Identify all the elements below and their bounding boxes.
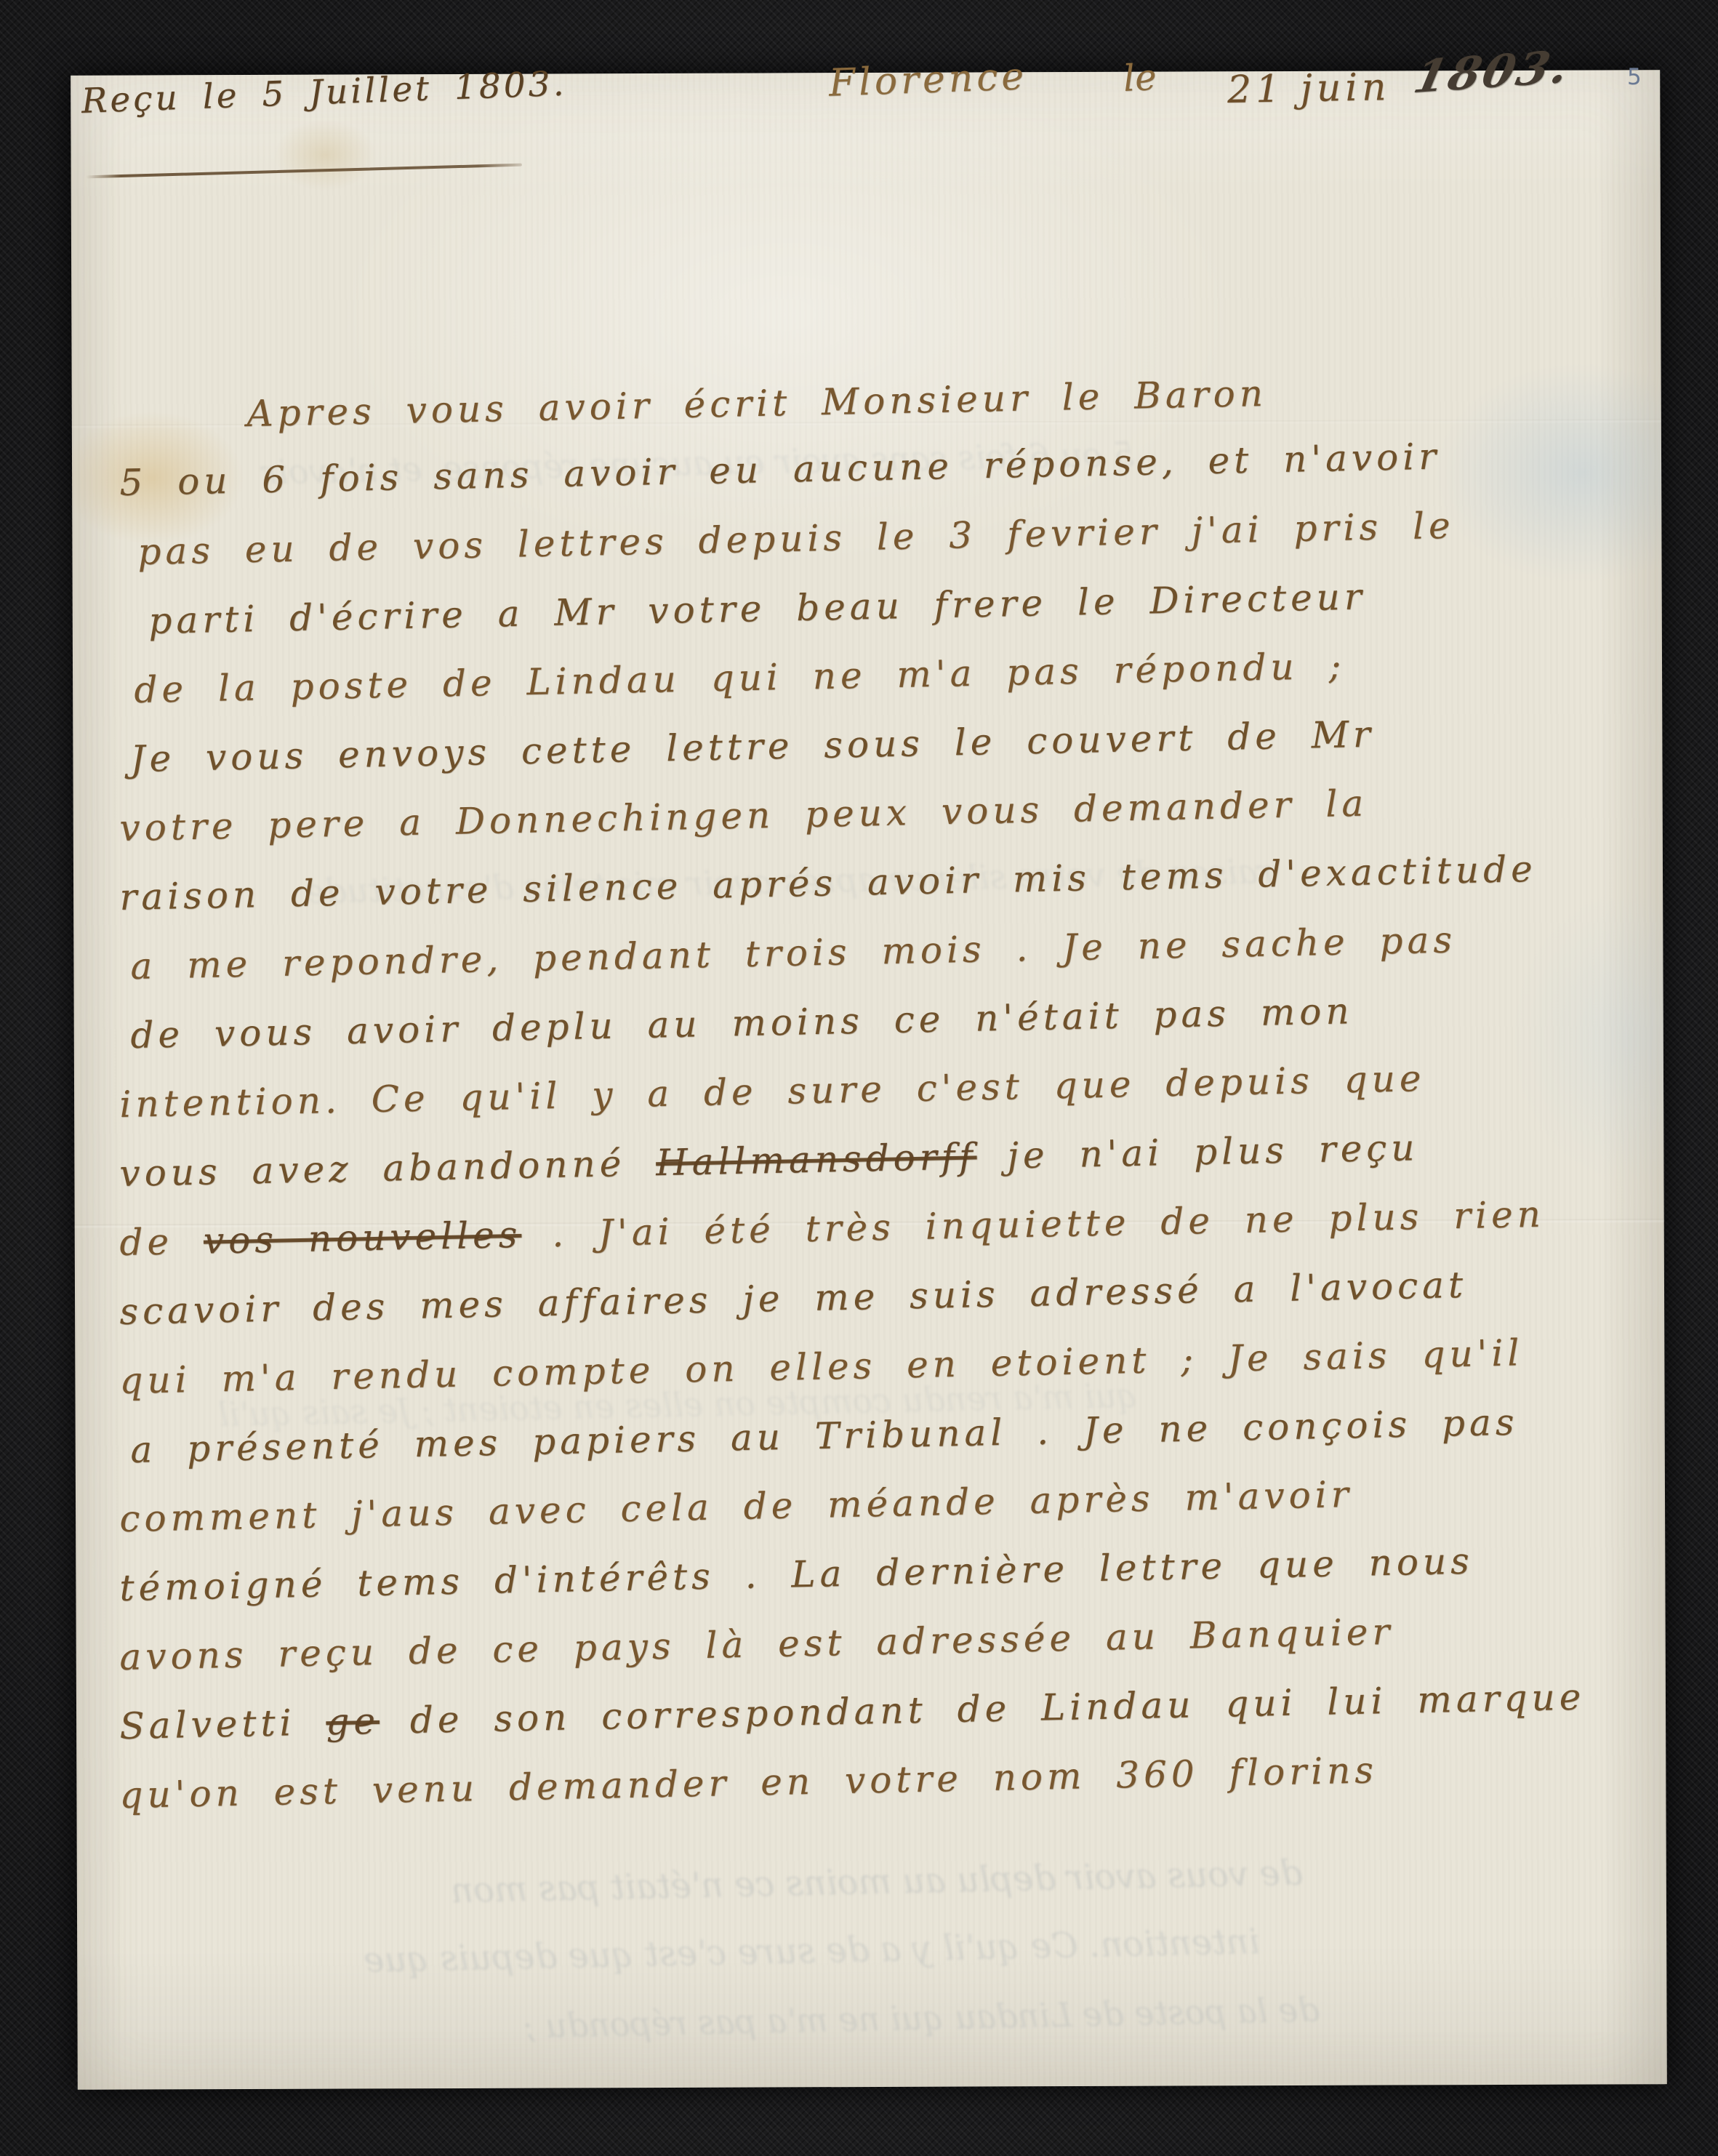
letter-line-text: Salvetti: [119, 1701, 326, 1747]
letter-line-text: je n'ai plus reçu: [976, 1126, 1419, 1177]
letter-body: Apres vous avoir écrit Monsieur le Baron…: [120, 393, 1581, 1843]
background-mat: Reçu le 5 Juillet 1803. Florence le 21 j…: [0, 0, 1718, 2156]
letter-line-text: de: [119, 1220, 204, 1264]
struck-word: Hallmansdorff: [656, 1135, 978, 1184]
struck-word: vos nouvelles: [203, 1214, 522, 1262]
dateline-day: 21 juin: [1227, 65, 1390, 112]
dateline-place: Florence: [828, 55, 1028, 105]
page-number: 5: [1627, 64, 1642, 90]
struck-word: ge: [326, 1700, 380, 1743]
dateline-article: le: [1123, 56, 1158, 100]
